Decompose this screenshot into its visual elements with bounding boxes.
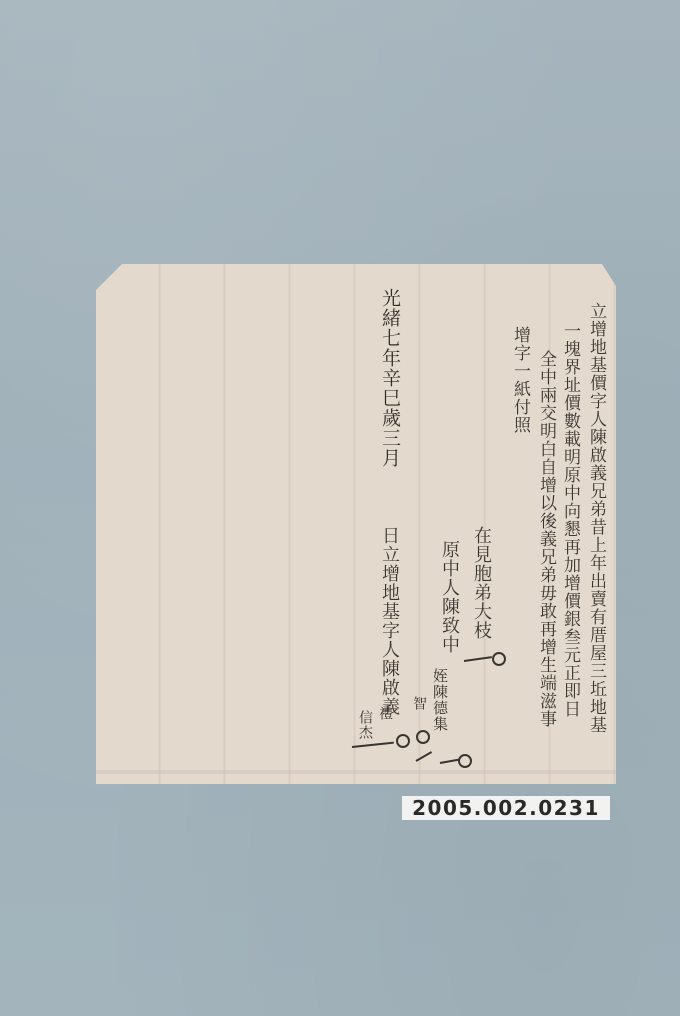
signature-seal-mark	[416, 730, 430, 744]
accession-number-label: 2005.002.0231	[402, 796, 610, 820]
signer-line: 日立增地基字人陳啟義	[380, 526, 398, 736]
historical-deed-document: 立增地基價字人陳啟義兄弟昔上年出賣有厝屋三坵地基 一塊界址價數載明原中向懇再加增…	[96, 264, 616, 784]
witness-line-intermediary: 原中人陳致中	[440, 540, 458, 680]
witness-line-nephew: 姪陳德集	[432, 668, 447, 758]
signature-flourish	[352, 742, 394, 748]
signature-seal-mark	[458, 754, 472, 768]
signature-seal-mark	[492, 652, 506, 666]
deed-body-column-1: 立增地基價字人陳啟義兄弟昔上年出賣有厝屋三坵地基	[587, 302, 604, 782]
deed-body-column-2: 一塊界址價數載明原中向懇再加增價銀叁元正即日	[561, 322, 578, 782]
signature-mark-zhi: 智	[412, 696, 426, 711]
deed-body-column-3: 全中兩交明白自增以後義兄弟毋敢再增生端滋事	[537, 350, 554, 780]
witness-line-brother: 在見胞弟大枝	[472, 526, 490, 666]
signature-flourish	[416, 751, 433, 762]
signature-mark-xinjie: 信杰	[358, 710, 372, 740]
signature-flourish	[440, 759, 460, 764]
signature-mark-li: 禮	[378, 706, 392, 721]
deed-date-line: 光緒七年辛巳歲三月	[380, 288, 399, 498]
signature-seal-mark	[396, 734, 410, 748]
deed-body-column-4: 增字一紙付照	[511, 326, 528, 456]
